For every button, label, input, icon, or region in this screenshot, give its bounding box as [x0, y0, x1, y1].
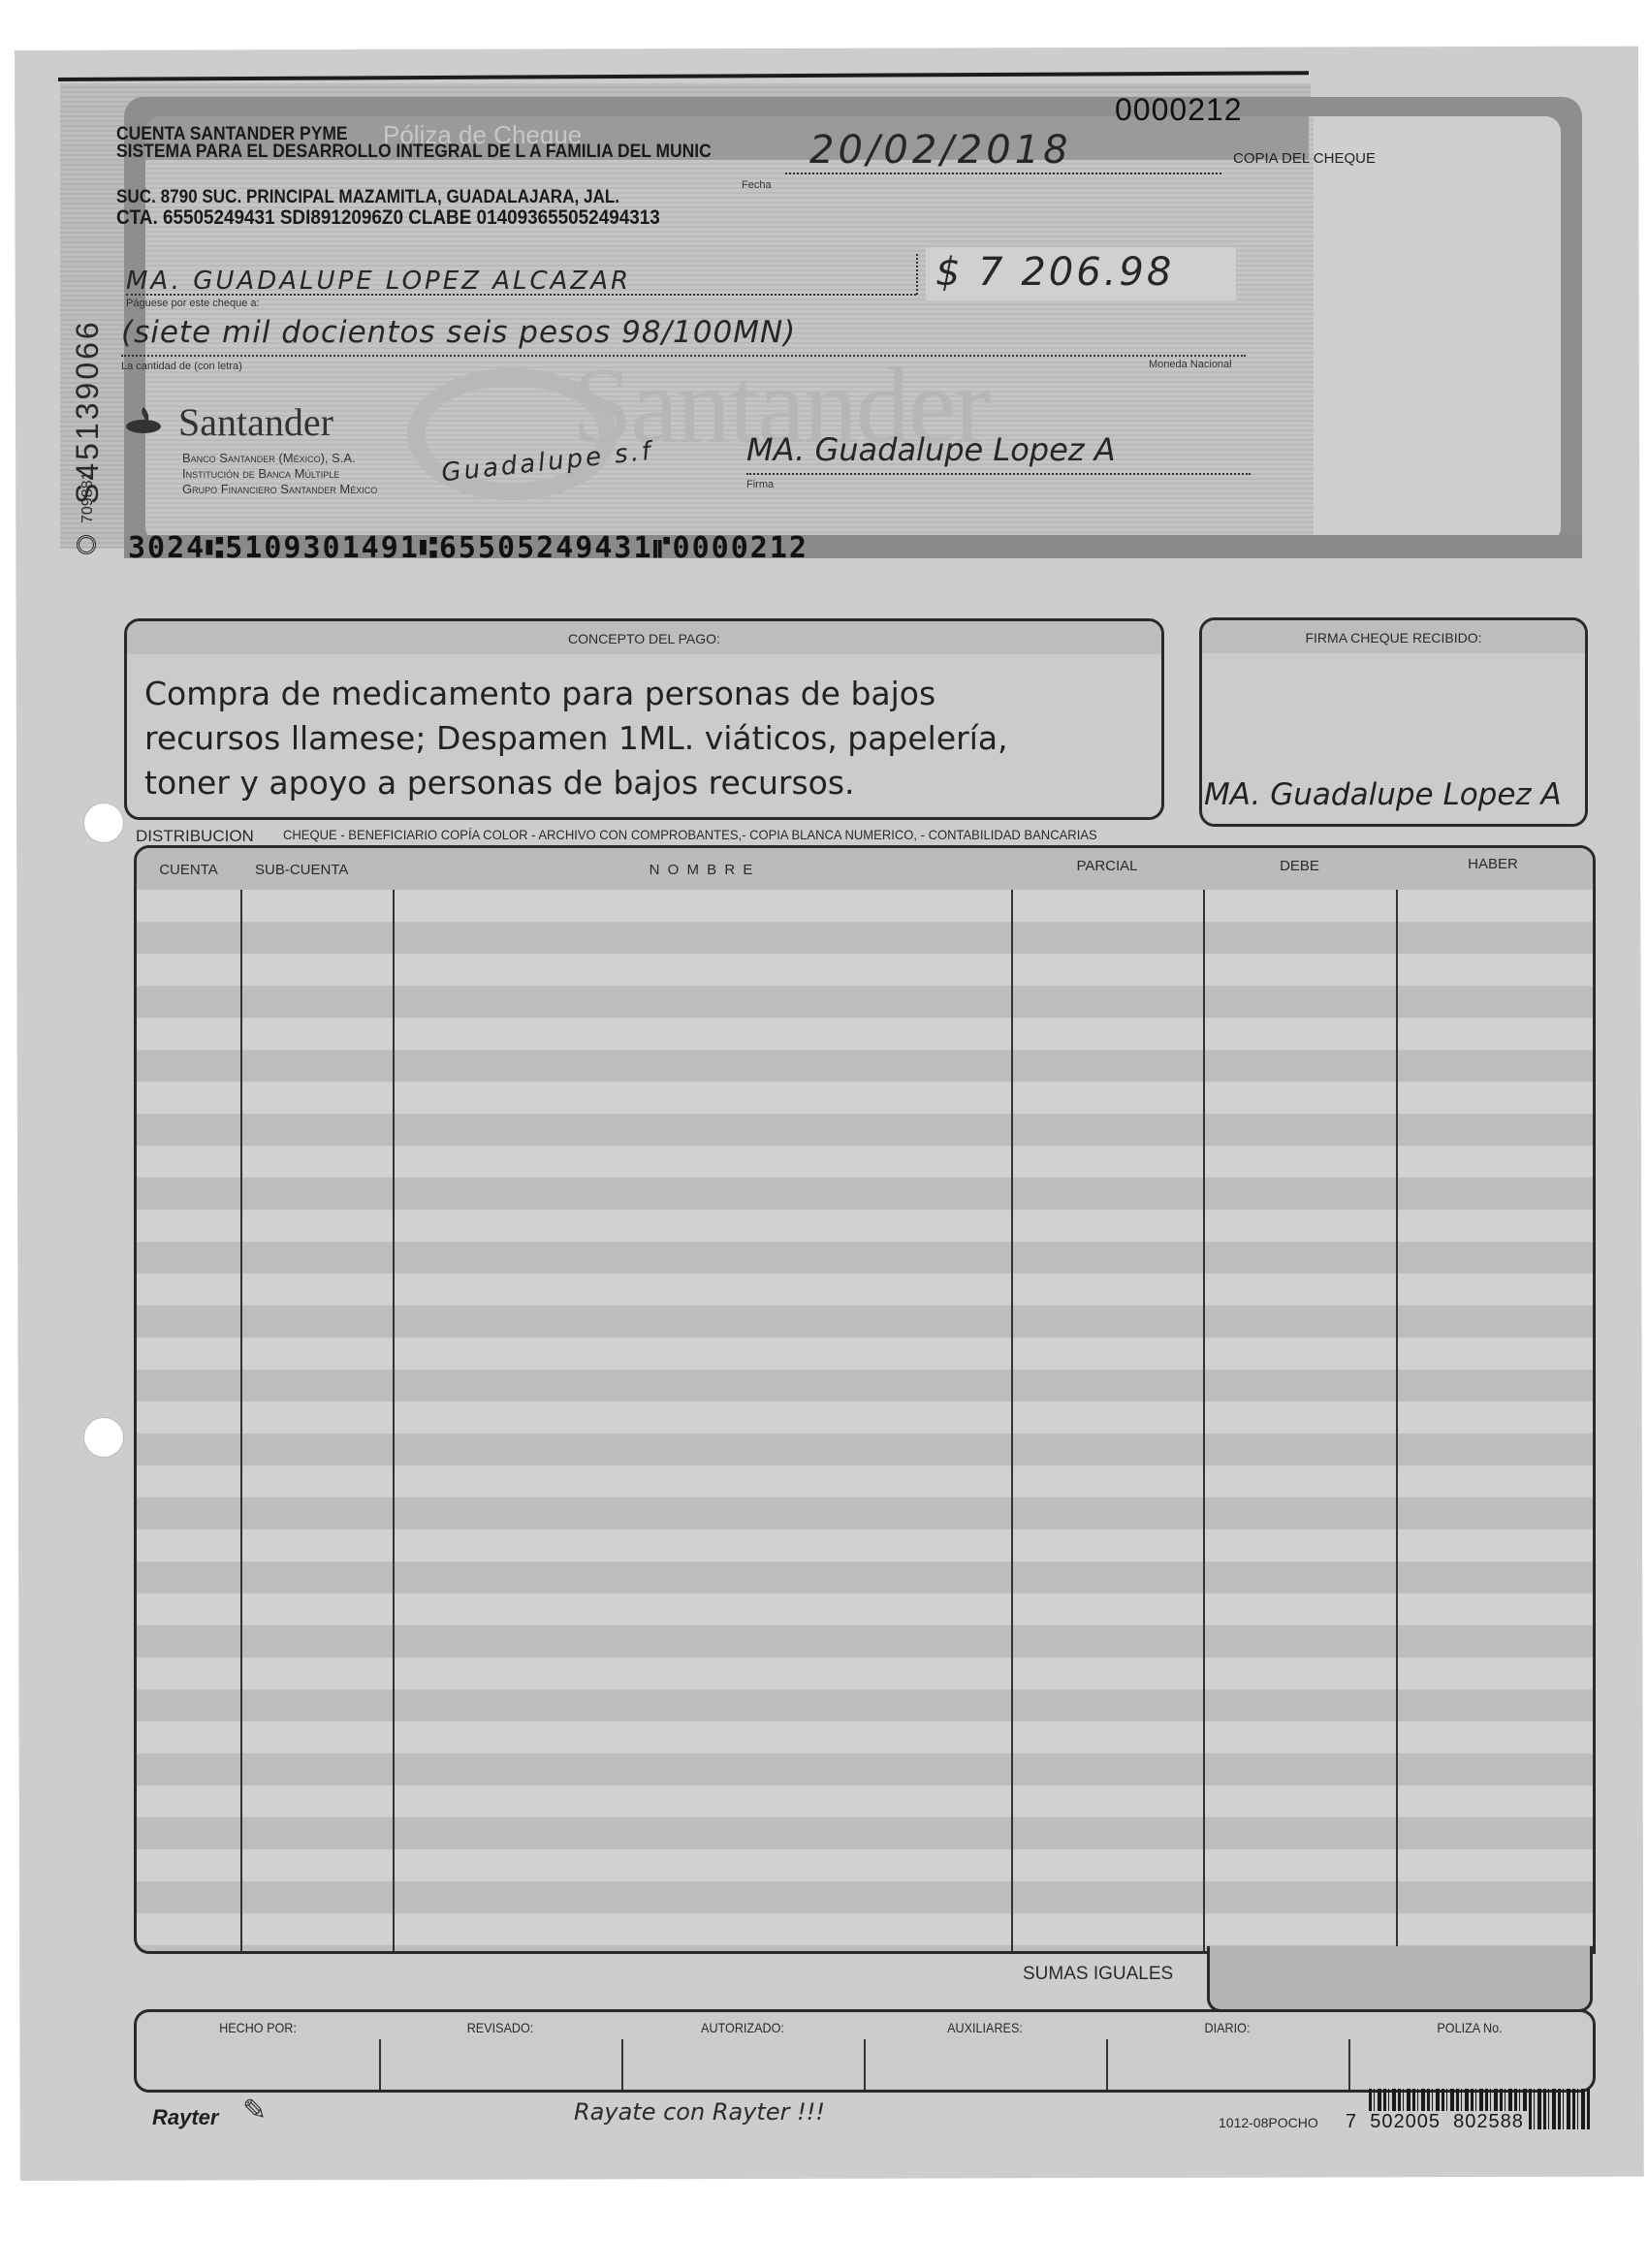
ledger-header: CUENTA SUB-CUENTA N O M B R E PARCIAL DE… — [137, 848, 1593, 890]
vertical-code: 709881 — [79, 472, 97, 523]
ledger-table: CUENTA SUB-CUENTA N O M B R E PARCIAL DE… — [134, 845, 1596, 1954]
field-autorizado: AUTORIZADO: — [634, 2020, 852, 2035]
account-holder: SISTEMA PARA EL DESARROLLO INTEGRAL DE L… — [116, 142, 712, 163]
column-header-debe: DEBE — [1203, 858, 1396, 874]
bank-legal-line: Grupo Financiero Santander México — [182, 482, 377, 497]
totals-box — [1207, 1946, 1593, 2012]
concept-label: CONCEPTO DEL PAGO: — [127, 621, 1161, 654]
column-divider — [1396, 890, 1398, 1951]
column-header-subcuenta: SUB-CUENTA — [240, 862, 407, 878]
received-signature-box: FIRMA CHEQUE RECIBIDO: MA. Guadalupe Lop… — [1199, 617, 1588, 827]
concept-line: Compra de medicamento para personas de b… — [144, 672, 1008, 716]
cheque-amount: $ 7 206.98 — [935, 250, 1174, 295]
payee-name: MA. GUADALUPE LOPEZ ALCAZAR — [126, 267, 631, 296]
branch-line: SUC. 8790 SUC. PRINCIPAL MAZAMITLA, GUAD… — [116, 187, 619, 208]
cheque-number: 0000212 — [1115, 92, 1243, 128]
column-header-nombre: N O M B R E — [393, 862, 1011, 878]
fingerprint-icon — [77, 535, 96, 554]
bank-logo-text: Santander — [178, 399, 333, 445]
form-code: 1012-08POCHO — [1219, 2115, 1318, 2130]
concept-line: toner y apoyo a personas de bajos recurs… — [144, 761, 1008, 805]
field-diario: DIARIO: — [1119, 2020, 1337, 2035]
hole-punch — [83, 803, 124, 843]
pen-icon: ✎ — [242, 2094, 267, 2127]
column-header-haber: HABER — [1396, 856, 1590, 872]
field-poliza-no: POLIZA No. — [1361, 2020, 1579, 2035]
column-divider — [1348, 2039, 1350, 2090]
signature-rule — [746, 473, 1251, 475]
payee-rule — [126, 294, 916, 296]
field-revisado: REVISADO: — [392, 2020, 610, 2035]
cheque-date: 20/02/2018 — [809, 128, 1072, 173]
payee-label: Páguese por este cheque a: — [126, 298, 260, 309]
column-divider — [240, 890, 242, 1951]
amount-words-label: La cantidad de (con letra) — [121, 361, 242, 372]
rayter-logo: Rayter — [152, 2105, 218, 2130]
date-label: Fecha — [742, 179, 772, 191]
concept-text: Compra de medicamento para personas de b… — [144, 672, 1008, 805]
concept-box: CONCEPTO DEL PAGO: Compra de medicamento… — [124, 618, 1164, 820]
field-hecho-por: HECHO POR: — [149, 2020, 367, 2035]
column-divider — [1203, 890, 1205, 1951]
distribution-label: DISTRIBUCION — [136, 827, 254, 846]
column-header-parcial: PARCIAL — [1011, 858, 1203, 874]
received-signature: MA. Guadalupe Lopez A — [1204, 777, 1562, 812]
barcode-digits: 7 502005 802588 — [1343, 2111, 1527, 2133]
column-divider — [864, 2039, 866, 2090]
signature-label: Firma — [746, 479, 774, 490]
bank-legal-line: Institución de Banca Múltiple — [182, 466, 377, 482]
date-rule — [785, 173, 1221, 174]
column-divider — [621, 2039, 623, 2090]
copy-label: COPIA DEL CHEQUE — [1233, 150, 1376, 167]
distribution-text: CHEQUE - BENEFICIARIO COPÍA COLOR - ARCH… — [283, 827, 1097, 842]
cheque-copy-panel — [1314, 116, 1561, 543]
column-divider — [1011, 890, 1013, 1951]
santander-flame-icon — [124, 405, 163, 434]
currency-label: Moneda Nacional — [1149, 359, 1232, 370]
received-signature-label: FIRMA CHEQUE RECIBIDO: — [1202, 620, 1585, 653]
concept-line: recursos llamese; Despamen 1ML. viáticos… — [144, 716, 1008, 761]
hole-punch — [83, 1417, 124, 1458]
column-divider — [393, 890, 395, 1951]
payee-bracket — [916, 254, 921, 295]
micr-line: 3024⑆5109301491⑆65505249431⑈0000212 — [128, 531, 808, 565]
drawer-signature: MA. Guadalupe Lopez A — [746, 431, 1116, 468]
column-divider — [379, 2039, 381, 2090]
field-auxiliares: AUXILIARES: — [876, 2020, 1094, 2035]
bank-legal-line: Banco Santander (México), S.A. — [182, 451, 377, 466]
slogan: Rayate con Rayter !!! — [574, 2098, 825, 2126]
approval-box: HECHO POR: REVISADO: AUTORIZADO: AUXILIA… — [134, 2009, 1596, 2093]
account-number-line: CTA. 65505249431 SDI8912096Z0 CLABE 0140… — [116, 206, 660, 230]
bank-legal-info: Banco Santander (México), S.A. Instituci… — [182, 451, 377, 497]
totals-label: SUMAS IGUALES — [1023, 1964, 1173, 1985]
column-header-cuenta: CUENTA — [137, 862, 240, 878]
column-divider — [1106, 2039, 1108, 2090]
